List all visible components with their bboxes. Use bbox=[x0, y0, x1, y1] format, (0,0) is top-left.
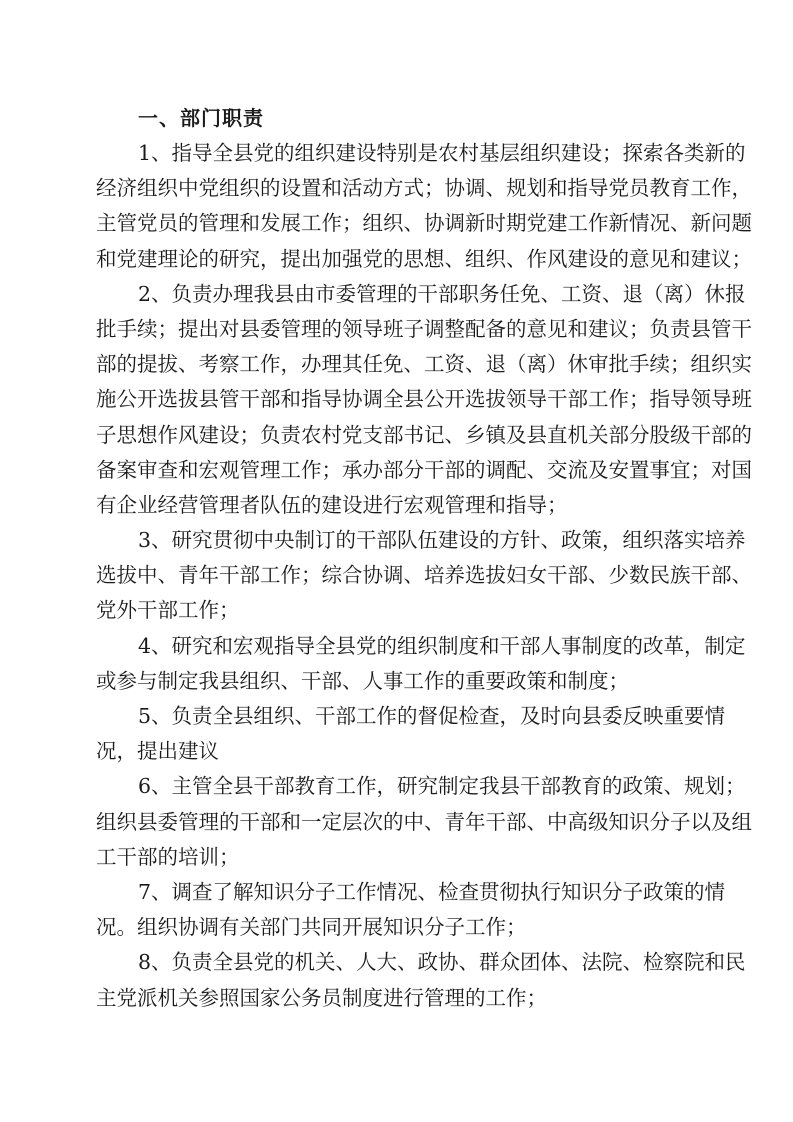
text-line: 4、研究和宏观指导全县党的组织制度和干部人事制度的改革，制定 bbox=[96, 629, 700, 664]
duty-list: 1、指导全县党的组织建设特别是农村基层组织建设；探索各类新的经济组织中党组织的设… bbox=[96, 136, 700, 1016]
text-line: 选拔中、青年干部工作；综合协调、培养选拔妇女干部、少数民族干部、 bbox=[96, 558, 700, 593]
text-line: 有企业经营管理者队伍的建设进行宏观管理和指导； bbox=[96, 488, 700, 523]
text-line: 8、负责全县党的机关、人大、政协、群众团体、法院、检察院和民 bbox=[96, 945, 700, 980]
text-line: 施公开选拔县管干部和指导协调全县公开选拔领导干部工作；指导领导班 bbox=[96, 382, 700, 417]
duty-item-2: 2、负责办理我县由市委管理的干部职务任免、工资、退（离）休报批手续；提出对县委管… bbox=[96, 277, 700, 523]
text-line: 况。组织协调有关部门共同开展知识分子工作； bbox=[96, 910, 700, 945]
text-line: 子思想作风建设；负责农村党支部书记、乡镇及县直机关部分股级干部的 bbox=[96, 418, 700, 453]
text-line: 6、主管全县干部教育工作，研究制定我县干部教育的政策、规划； bbox=[96, 769, 700, 804]
text-line: 或参与制定我县组织、干部、人事工作的重要政策和制度； bbox=[96, 664, 700, 699]
text-line: 2、负责办理我县由市委管理的干部职务任免、工资、退（离）休报 bbox=[96, 277, 700, 312]
text-line: 部的提拔、考察工作，办理其任免、工资、退（离）休审批手续；组织实 bbox=[96, 347, 700, 382]
text-line: 5、负责全县组织、干部工作的督促检查，及时向县委反映重要情 bbox=[96, 699, 700, 734]
text-line: 1、指导全县党的组织建设特别是农村基层组织建设；探索各类新的 bbox=[96, 136, 700, 171]
duty-item-6: 6、主管全县干部教育工作，研究制定我县干部教育的政策、规划；组织县委管理的干部和… bbox=[96, 769, 700, 875]
duty-item-8: 8、负责全县党的机关、人大、政协、群众团体、法院、检察院和民主党派机关参照国家公… bbox=[96, 945, 700, 1015]
text-line: 组织县委管理的干部和一定层次的中、青年干部、中高级知识分子以及组 bbox=[96, 805, 700, 840]
text-line: 主管党员的管理和发展工作；组织、协调新时期党建工作新情况、新问题 bbox=[96, 206, 700, 241]
text-line: 7、调查了解知识分子工作情况、检查贯彻执行知识分子政策的情 bbox=[96, 875, 700, 910]
text-line: 主党派机关参照国家公务员制度进行管理的工作； bbox=[96, 981, 700, 1016]
text-line: 党外干部工作； bbox=[96, 593, 700, 628]
duty-item-3: 3、研究贯彻中央制订的干部队伍建设的方针、政策，组织落实培养选拔中、青年干部工作… bbox=[96, 523, 700, 629]
text-line: 备案审查和宏观管理工作；承办部分干部的调配、交流及安置事宜；对国 bbox=[96, 453, 700, 488]
duty-item-5: 5、负责全县组织、干部工作的督促检查，及时向县委反映重要情况，提出建议 bbox=[96, 699, 700, 769]
section-heading: 一、部门职责 bbox=[96, 100, 700, 136]
text-line: 经济组织中党组织的设置和活动方式；协调、规划和指导党员教育工作， bbox=[96, 171, 700, 206]
text-line: 工干部的培训； bbox=[96, 840, 700, 875]
duty-item-7: 7、调查了解知识分子工作情况、检查贯彻执行知识分子政策的情况。组织协调有关部门共… bbox=[96, 875, 700, 945]
text-line: 和党建理论的研究，提出加强党的思想、组织、作风建设的意见和建议； bbox=[96, 242, 700, 277]
document-page: 一、部门职责 1、指导全县党的组织建设特别是农村基层组织建设；探索各类新的经济组… bbox=[96, 100, 700, 1016]
text-line: 3、研究贯彻中央制订的干部队伍建设的方针、政策，组织落实培养 bbox=[96, 523, 700, 558]
duty-item-4: 4、研究和宏观指导全县党的组织制度和干部人事制度的改革，制定或参与制定我县组织、… bbox=[96, 629, 700, 699]
text-line: 况，提出建议 bbox=[96, 734, 700, 769]
duty-item-1: 1、指导全县党的组织建设特别是农村基层组织建设；探索各类新的经济组织中党组织的设… bbox=[96, 136, 700, 277]
text-line: 批手续；提出对县委管理的领导班子调整配备的意见和建议；负责县管干 bbox=[96, 312, 700, 347]
